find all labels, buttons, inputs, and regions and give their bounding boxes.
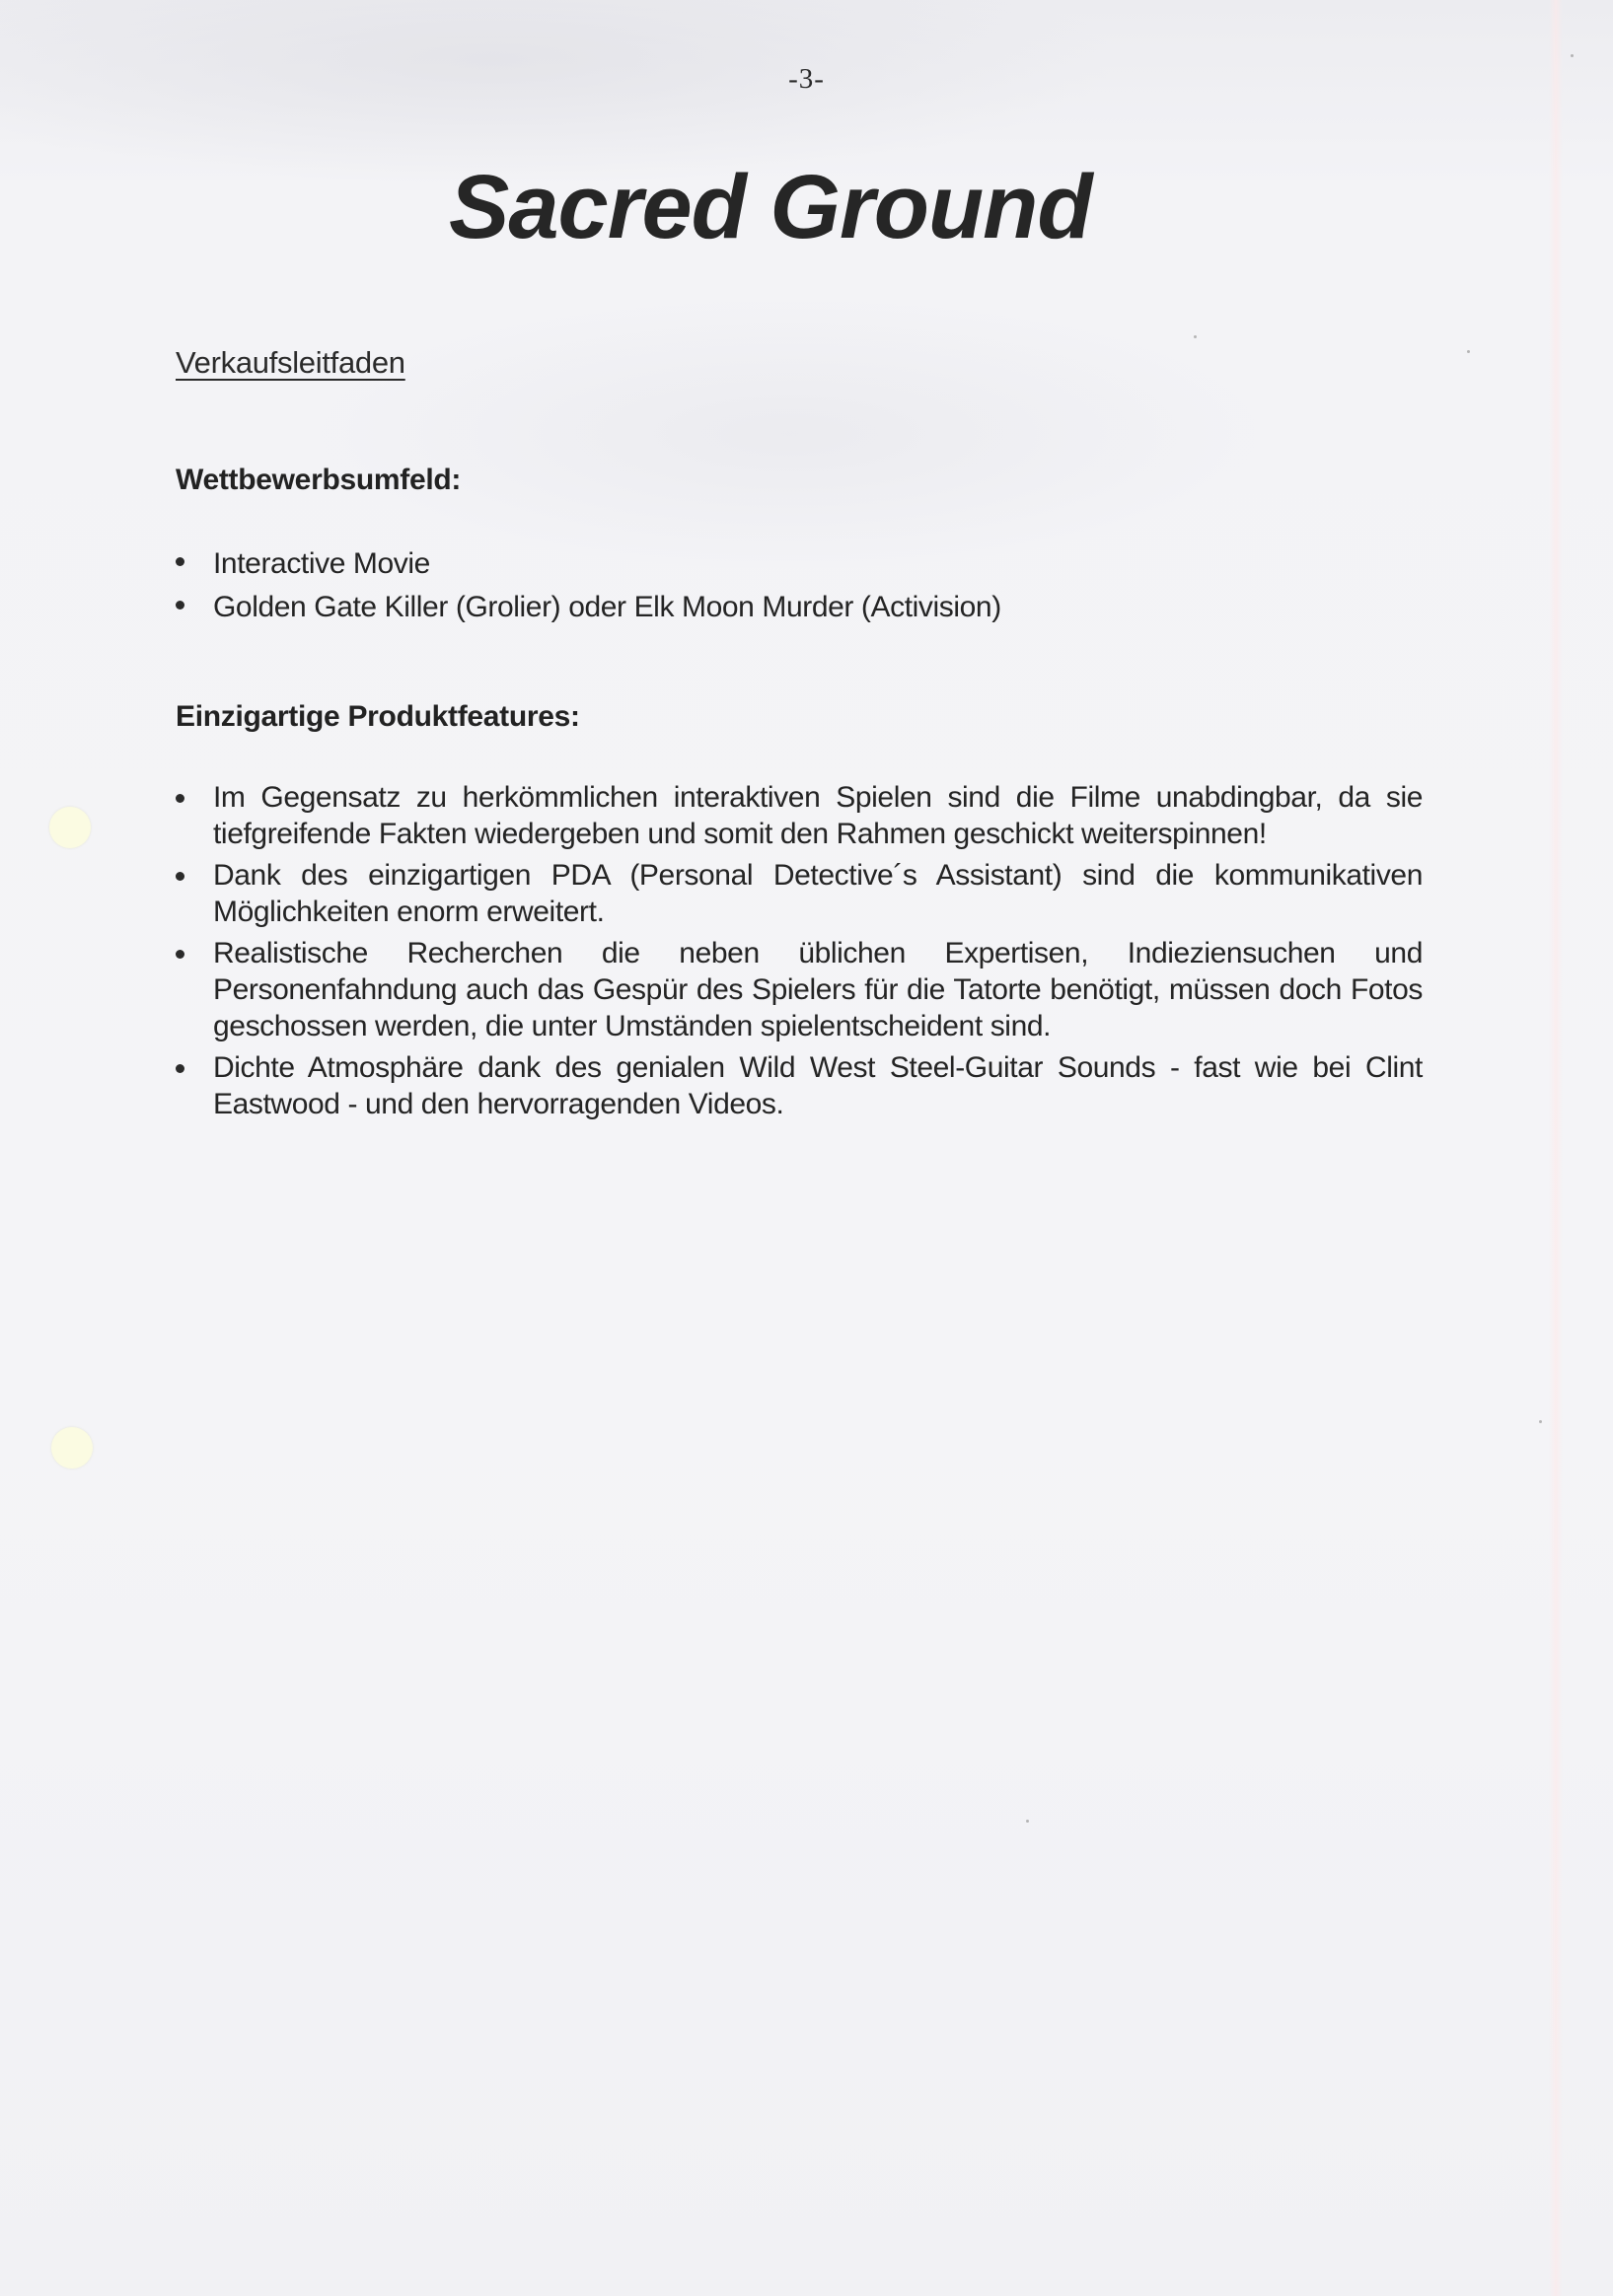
- competitor-list: Interactive Movie Golden Gate Killer (Gr…: [176, 542, 1261, 629]
- list-item: Dank des einzigartigen PDA (Personal Det…: [176, 857, 1423, 930]
- bullet-icon: [176, 1064, 184, 1073]
- document-subtitle: Verkaufsleitfaden: [176, 345, 405, 381]
- list-item: Im Gegensatz zu herkömmlichen interaktiv…: [176, 779, 1423, 852]
- scanned-page: -3- Sacred Ground Verkaufsleitfaden Wett…: [0, 0, 1613, 2296]
- scan-speck: [1539, 1420, 1542, 1423]
- list-item-text: Dank des einzigartigen PDA (Personal Det…: [213, 857, 1423, 930]
- list-item-text: Golden Gate Killer (Grolier) oder Elk Mo…: [213, 591, 1001, 623]
- bullet-icon: [176, 557, 184, 566]
- scan-speck: [1026, 1820, 1029, 1823]
- list-item: Dichte Atmosphäre dank des genialen Wild…: [176, 1049, 1423, 1122]
- bullet-icon: [176, 950, 184, 959]
- list-item-text: Realistische Recherchen die neben üblich…: [213, 935, 1423, 1044]
- feature-list: Im Gegensatz zu herkömmlichen interaktiv…: [176, 779, 1423, 1127]
- list-item: Golden Gate Killer (Grolier) oder Elk Mo…: [176, 586, 1261, 629]
- list-item-text: Dichte Atmosphäre dank des genialen Wild…: [213, 1049, 1423, 1122]
- scan-streak: [1549, 0, 1563, 2296]
- bullet-icon: [176, 794, 184, 803]
- punch-hole-mark: [51, 1427, 93, 1469]
- bullet-icon: [176, 601, 184, 610]
- page-number: -3-: [0, 63, 1613, 96]
- list-item-text: Im Gegensatz zu herkömmlichen interaktiv…: [213, 779, 1423, 852]
- list-item: Interactive Movie: [176, 542, 1261, 586]
- bullet-icon: [176, 872, 184, 881]
- punch-hole-mark: [49, 807, 91, 848]
- scan-speck: [1571, 54, 1574, 57]
- document-title: Sacred Ground: [449, 156, 1092, 259]
- scan-speck: [1467, 350, 1470, 353]
- section-heading-features: Einzigartige Produktfeatures:: [176, 700, 580, 734]
- section-heading-competition: Wettbewerbsumfeld:: [176, 464, 461, 497]
- scan-speck: [1194, 335, 1197, 338]
- list-item-text: Interactive Movie: [213, 547, 430, 580]
- list-item: Realistische Recherchen die neben üblich…: [176, 935, 1423, 1044]
